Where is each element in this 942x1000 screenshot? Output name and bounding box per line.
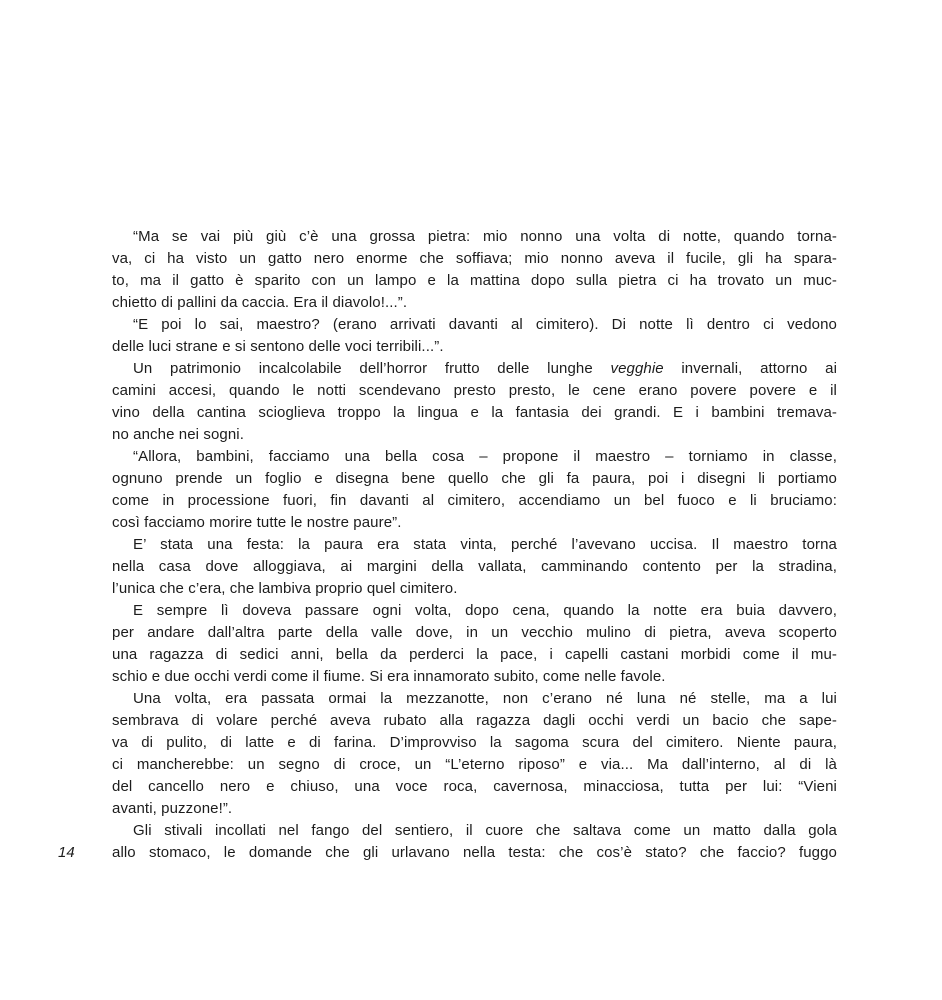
text-line: del cancello nero e chiuso, una voce roc…: [112, 776, 837, 798]
text-line: no anche nei sogni.: [112, 424, 837, 446]
text-line: “Ma se vai più giù c’è una grossa pietra…: [112, 226, 837, 248]
text-line: “E poi lo sai, maestro? (erano arrivati …: [112, 314, 837, 336]
text-run: una ragazza di sedici anni, bella da per…: [112, 646, 837, 663]
text-line: to, ma il gatto è sparito con un lampo e…: [112, 270, 837, 292]
text-line: E’ stata una festa: la paura era stata v…: [112, 534, 837, 556]
text-line: come in processione fuori, fin davanti a…: [112, 490, 837, 512]
text-line: avanti, puzzone!”.: [112, 798, 837, 820]
text-run: E’ stata una festa: la paura era stata v…: [133, 536, 837, 553]
text-run: l’unica che c’era, che lambiva proprio q…: [112, 580, 457, 597]
text-line: E sempre lì doveva passare ogni volta, d…: [112, 600, 837, 622]
text-line: l’unica che c’era, che lambiva proprio q…: [112, 578, 837, 600]
text-line: nella casa dove alloggiava, ai margini d…: [112, 556, 837, 578]
text-line: schio e due occhi verdi come il fiume. S…: [112, 666, 837, 688]
text-line: Un patrimonio incalcolabile dell’horror …: [112, 358, 837, 380]
text-line: Gli stivali incollati nel fango del sent…: [112, 820, 837, 842]
text-line: va di pulito, di latte e di farina. D’im…: [112, 732, 837, 754]
text-line: allo stomaco, le domande che gli urlavan…: [112, 842, 837, 864]
text-run: “Ma se vai più giù c’è una grossa pietra…: [133, 228, 837, 245]
text-run: come in processione fuori, fin davanti a…: [112, 492, 837, 509]
text-run: così facciamo morire tutte le nostre pau…: [112, 514, 402, 531]
text-line: camini accesi, quando le notti scendevan…: [112, 380, 837, 402]
text-line: per andare dall’altra parte della valle …: [112, 622, 837, 644]
text-block: “Ma se vai più giù c’è una grossa pietra…: [112, 226, 837, 864]
page-number: 14: [58, 842, 75, 864]
text-run: allo stomaco, le domande che gli urlavan…: [112, 844, 837, 861]
text-line: così facciamo morire tutte le nostre pau…: [112, 512, 837, 534]
text-run: chietto di pallini da caccia. Era il dia…: [112, 294, 407, 311]
text-run: Gli stivali incollati nel fango del sent…: [133, 822, 837, 839]
text-run: E sempre lì doveva passare ogni volta, d…: [133, 602, 837, 619]
text-line: va, ci ha visto un gatto nero enorme che…: [112, 248, 837, 270]
text-run: to, ma il gatto è sparito con un lampo e…: [112, 272, 837, 289]
text-run: invernali, attorno ai: [664, 360, 837, 377]
text-run: va di pulito, di latte e di farina. D’im…: [112, 734, 837, 751]
text-line: Una volta, era passata ormai la mezzanot…: [112, 688, 837, 710]
text-run: sembrava di volare perché aveva rubato a…: [112, 712, 837, 729]
text-run: delle luci strane e si sentono delle voc…: [112, 338, 444, 355]
text-run: ognuno prende un foglio e disegna bene q…: [112, 470, 837, 487]
italic-text-run: vegghie: [610, 360, 663, 377]
text-line: ognuno prende un foglio e disegna bene q…: [112, 468, 837, 490]
text-line: ci mancherebbe: un segno di croce, un “L…: [112, 754, 837, 776]
text-run: ci mancherebbe: un segno di croce, un “L…: [112, 756, 837, 773]
text-run: camini accesi, quando le notti scendevan…: [112, 382, 837, 399]
text-run: per andare dall’altra parte della valle …: [112, 624, 837, 641]
text-run: avanti, puzzone!”.: [112, 800, 232, 817]
text-run: vino della cantina scioglieva troppo la …: [112, 404, 837, 421]
text-line: una ragazza di sedici anni, bella da per…: [112, 644, 837, 666]
text-run: va, ci ha visto un gatto nero enorme che…: [112, 250, 837, 267]
text-run: Un patrimonio incalcolabile dell’horror …: [133, 360, 610, 377]
text-run: nella casa dove alloggiava, ai margini d…: [112, 558, 837, 575]
text-line: “Allora, bambini, facciamo una bella cos…: [112, 446, 837, 468]
text-line: delle luci strane e si sentono delle voc…: [112, 336, 837, 358]
text-line: vino della cantina scioglieva troppo la …: [112, 402, 837, 424]
text-run: Una volta, era passata ormai la mezzanot…: [133, 690, 837, 707]
text-run: del cancello nero e chiuso, una voce roc…: [112, 778, 837, 795]
text-run: “E poi lo sai, maestro? (erano arrivati …: [133, 316, 837, 333]
text-run: no anche nei sogni.: [112, 426, 244, 443]
text-run: schio e due occhi verdi come il fiume. S…: [112, 668, 666, 685]
text-run: “Allora, bambini, facciamo una bella cos…: [133, 448, 837, 465]
text-line: chietto di pallini da caccia. Era il dia…: [112, 292, 837, 314]
document-page: 14 “Ma se vai più giù c’è una grossa pie…: [0, 0, 942, 1000]
text-line: sembrava di volare perché aveva rubato a…: [112, 710, 837, 732]
